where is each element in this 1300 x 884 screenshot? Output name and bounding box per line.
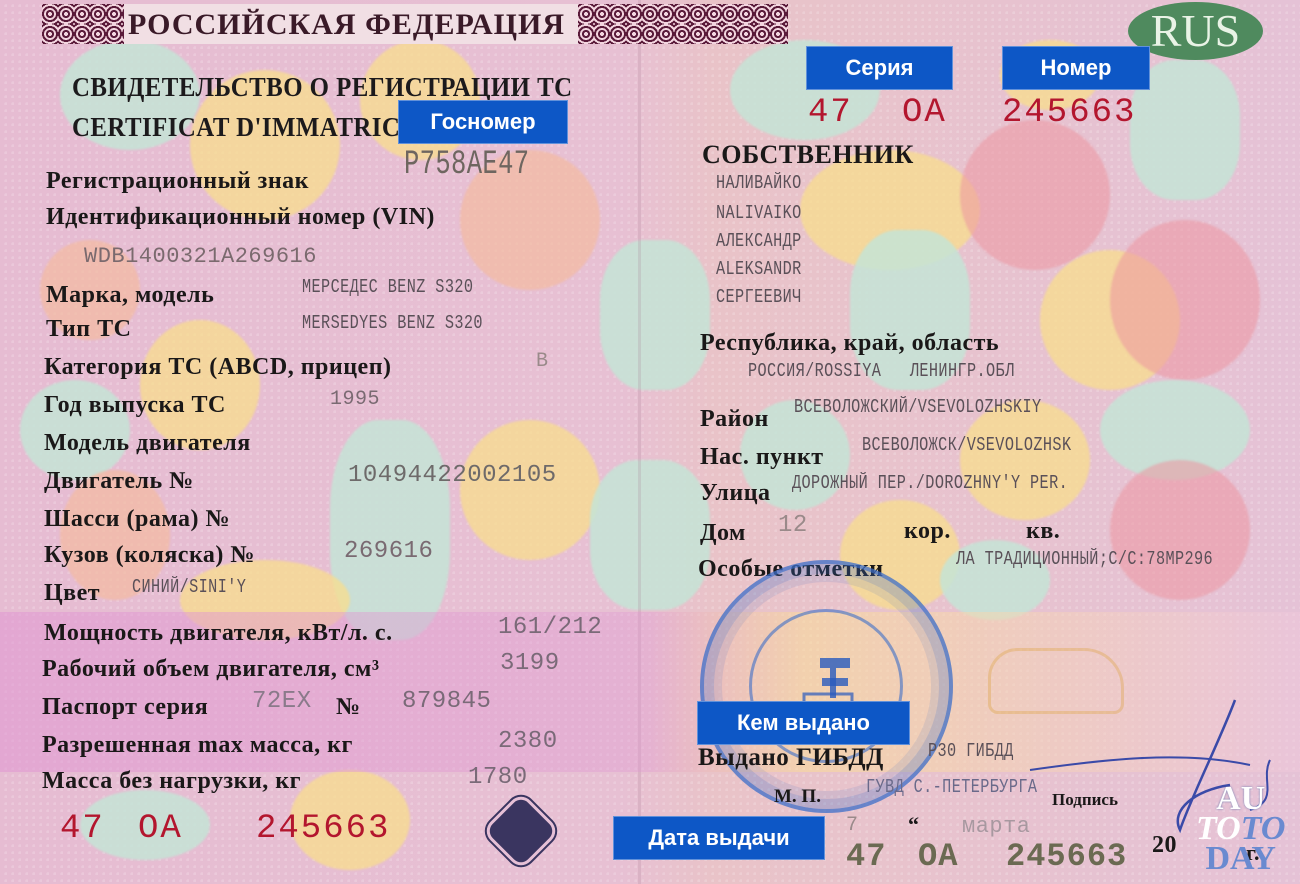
field-value-vehicle-type: MERSEDYES BENZ S320: [302, 312, 483, 334]
bg-pattern: [960, 400, 1090, 520]
serial-region-stamped: 47: [846, 838, 886, 875]
owner-name-line-4: ALEKSANDR: [716, 258, 802, 280]
owner-street-label: Улица: [700, 480, 771, 507]
annotation-data-vydachi: Дата выдачи: [613, 816, 825, 860]
bg-pattern: [460, 420, 600, 560]
annotation-seriya: Серия: [806, 46, 953, 90]
owner-house-value: 12: [778, 512, 808, 539]
field-value-body: 269616: [344, 538, 433, 565]
owner-heading: СОБСТВЕННИК: [702, 140, 914, 170]
bg-pattern: [1110, 220, 1260, 380]
vehicle-registration-certificate: РОССИЙСКАЯ ФЕДЕРАЦИЯ RUS СВИДЕТЕЛЬСТВО О…: [0, 0, 1300, 884]
serial-series-stamped: ОА: [918, 838, 958, 875]
field-label-body: Кузов (коляска) №: [44, 542, 255, 569]
owner-region-value: РОССИЯ/ROSSIYA ЛЕНИНГР.ОБЛ: [748, 360, 1015, 382]
issued-by-value-2: ГУВД С.-ПЕТЕРБУРГА: [866, 776, 1037, 798]
owner-building-label: кор.: [904, 518, 951, 545]
owner-district-value: ВСЕВОЛОЖСКИЙ/VSEVOLOZHSKIY: [794, 396, 1042, 418]
serial-number-top: 245663: [1002, 94, 1136, 132]
owner-name-line-2: NALIVAIKO: [716, 202, 802, 224]
serial-number-stamped: 245663: [1006, 838, 1127, 875]
field-label-displacement: Рабочий объем двигателя, см³: [42, 656, 380, 683]
issued-by-value: Р30 ГИБДД: [928, 740, 1014, 762]
annotation-nomer: Номер: [1002, 46, 1150, 90]
bg-pattern: [960, 120, 1110, 270]
date-quote: “: [908, 812, 920, 838]
autotoday-watermark-logo: AU TOTO DAY: [1196, 784, 1285, 874]
field-value-passport-number: 879845: [402, 688, 491, 715]
ornament-right-icon: [578, 4, 788, 44]
field-value-displacement: 3199: [500, 650, 560, 677]
owner-region-label: Республика, край, область: [700, 330, 999, 357]
field-label-vin: Идентификационный номер (VIN): [46, 204, 435, 231]
field-label-curb-mass: Масса без нагрузки, кг: [42, 768, 301, 795]
serial-series-top: ОА: [902, 94, 947, 132]
field-label-engine-power: Мощность двигателя, кВт/л. с.: [44, 620, 393, 647]
serial-series-bottom: ОА: [138, 810, 183, 848]
serial-region-top: 47: [808, 94, 853, 132]
field-label-max-mass: Разрешенная max масса, кг: [42, 732, 353, 759]
field-label-year: Год выпуска ТС: [44, 392, 226, 419]
field-label-reg-plate: Регистрационный знак: [46, 168, 309, 195]
field-label-color: Цвет: [44, 580, 100, 607]
issue-day: 7: [846, 814, 859, 837]
field-label-passport-series: Паспорт серия: [42, 694, 208, 721]
annotation-gosnomer: Госномер: [398, 100, 568, 144]
field-label-engine-model: Модель двигателя: [44, 430, 251, 457]
seal-place-label: М. П.: [774, 786, 821, 808]
owner-name-line-3: АЛЕКСАНДР: [716, 230, 802, 252]
owner-locality-value: ВСЕВОЛОЖСК/VSEVOLOZHSK: [862, 434, 1071, 456]
field-value-engine-number: 10494422002105: [348, 462, 557, 489]
field-label-category: Категория ТС (ABCD, прицеп): [44, 354, 392, 381]
field-value-max-mass: 2380: [498, 728, 558, 755]
serial-number-bottom: 245663: [256, 810, 390, 848]
field-value-color: СИНИЙ/SINI'Y: [132, 576, 246, 598]
field-value-engine-power: 161/212: [498, 614, 602, 641]
owner-notes-value: ЛА ТРАДИЦИОННЫЙ;С/С:78МР296: [956, 548, 1213, 570]
owner-house-label: Дом: [700, 520, 746, 547]
bg-pattern: [590, 460, 710, 610]
hologram-icon: [486, 796, 557, 867]
field-label-engine-number: Двигатель №: [44, 468, 194, 495]
owner-apartment-label: кв.: [1026, 518, 1060, 545]
field-value-make-model: МЕРСЕДЕС BENZ S320: [302, 276, 473, 298]
country-name: РОССИЙСКАЯ ФЕДЕРАЦИЯ: [128, 4, 565, 44]
field-value-year: 1995: [330, 388, 380, 411]
bg-pattern: [600, 240, 710, 390]
owner-name-line-5: СЕРГЕЕВИЧ: [716, 286, 802, 308]
ornament-left-icon: [42, 4, 124, 44]
watermark-line-3: DAY: [1196, 844, 1285, 874]
issued-by-label: Выдано ГИБДД: [698, 744, 884, 772]
owner-name-line-1: НАЛИВАЙКО: [716, 172, 802, 194]
field-value-reg-plate: Р758АЕ47: [404, 146, 529, 184]
field-value-vin: WDB1400321A269616: [84, 244, 317, 269]
bg-pattern: [1110, 460, 1250, 600]
field-value-curb-mass: 1780: [468, 764, 528, 791]
field-label-chassis: Шасси (рама) №: [44, 506, 230, 533]
owner-street-value: ДОРОЖНЫЙ ПЕР./DOROZHNY'Y PER.: [792, 472, 1068, 494]
field-value-passport-series: 72ЕХ: [252, 688, 312, 715]
field-label-make-model: Марка, модель: [46, 282, 214, 309]
field-label-passport-number: №: [336, 694, 361, 721]
owner-locality-label: Нас. пункт: [700, 444, 824, 471]
field-label-vehicle-type: Тип ТС: [46, 316, 131, 343]
document-title-ru: СВИДЕТЕЛЬСТВО О РЕГИСТРАЦИИ ТС: [72, 72, 573, 103]
serial-region-bottom: 47: [60, 810, 105, 848]
owner-district-label: Район: [700, 406, 769, 433]
field-value-category: B: [536, 350, 549, 373]
annotation-kem-vydano: Кем выдано: [697, 701, 910, 745]
